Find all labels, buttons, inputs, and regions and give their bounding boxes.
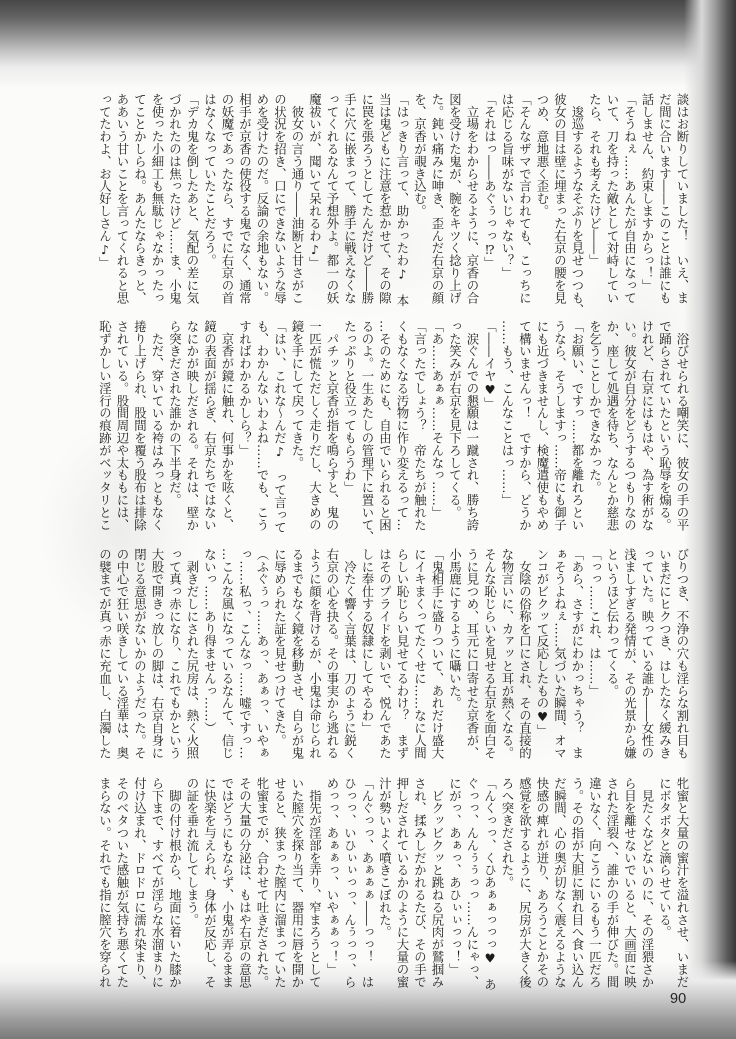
text-column: ら突きだされた誰かの下半身だ。 [166,320,184,532]
text-tier-2: 浴びせられる嘲笑に、彼女の手の平 で踊らされていたという恥辱を煽る。 けれど、右… [96,320,691,532]
text-column: せると、狭まった膣内に溜まっていた [271,777,289,989]
text-column: 立場をわからせるように、京香の合 [464,93,482,305]
text-column: その大量の分泌は、もはや右京の意思 [236,777,254,989]
text-column: いた膣穴を探り当て、器用に唇を開か [289,777,307,989]
text-column: 剥きだしにされた尻房は、熱く火照 [184,548,202,760]
scan-shadow-right [684,0,736,1039]
text-column: らしい恥じらい見せてるわけ？ まず [394,548,412,760]
text-column: 魔祓いが、聞いて呆れるわ♪」 [306,93,324,305]
text-column: まらない。それでも指に膣穴を穿られ [96,777,114,989]
text-column: ……もう、こんなことはっ……」 [499,320,517,532]
text-column: に辱められた証を見せつけてきた。 [271,548,289,760]
text-column: だ瞬間、心の奥が切なく震えるような [551,777,569,989]
text-column: 彼女の目は壁に埋まった右京の腰を見 [551,93,569,305]
text-column: うなら、そうしますっ……帝にも御子 [551,320,569,532]
text-column: たっぷりと役立ってもらうわ」 [341,320,359,532]
text-column: にボタボタと滴らせている。 [656,777,674,989]
text-column: う。その指が大胆に割れ目へ食い込ん [569,777,587,989]
text-column: を使った小細工も無駄じゃなかったっ [149,93,167,305]
text-column: は応じる旨味がないじゃない？」 [499,93,517,305]
text-column: 「デカ鬼を倒したあと、気配の差に気 [184,93,202,305]
text-column: 「はっきり言って、助かったわ♪ 本 [394,93,412,305]
text-tier-1: 談はお断りしていました！ いえ、ま だ間に合います――このことは誰にも 話しませ… [96,93,691,305]
text-column: くもなくなる汚物に作り変えるって… [394,320,412,532]
text-column: 冷たく響く言葉は、刀のように鋭く [341,548,359,760]
text-column: すればわかるかしら？」 [236,320,254,532]
text-column: 浴びせられる嘲笑に、彼女の手の平 [674,320,692,532]
text-column: 相手が京香の使役する鬼でなく、通常 [236,93,254,305]
text-column: 当は鬼どもに注意を惹かせて、その隙 [376,93,394,305]
text-column: 脚の付け根から、地面に着いた膝か [166,777,184,989]
text-column: で踊らされていたという恥辱を煽る。 [656,320,674,532]
text-column: にも近づきませんし、検魔遣使もやめ [534,320,552,532]
text-column: って真っ赤になり、これでもかという [166,548,184,760]
text-column: 「んぐっっ、あぁぁぁ――っっ！ は [359,777,377,989]
text-column: に快楽を与えられ、身体が反応し、そ [201,777,219,989]
text-column: るのよ。一生あたしの管理下に置いて、 [359,320,377,532]
text-column: 手に穴に嵌まって、勝手に戦えなくな [341,93,359,305]
text-column: 感覚を欲するように、尻房が大きく後 [516,777,534,989]
text-column: に罠を張ろうとしてたんだけど――勝 [359,93,377,305]
text-column: ら下まで、すべてが淫らな水溜まりに [149,777,167,989]
text-column: づかれたのは焦ったけど……ま、小鬼 [166,93,184,305]
text-column: っていた。映っている誰か――女性の [639,548,657,760]
text-column: ように顔を背けるが、小鬼は命じられ [306,548,324,760]
text-column: めを受けたのだ。反論の余地もない。 [254,93,272,305]
text-column: された淫裂へ、誰かの手が伸びた。間 [604,777,622,989]
text-column: 牝蜜までが、合わせて吐きだされた。 [254,777,272,989]
text-column: っ……私っ、こんなっ……嘘ですっ… [236,548,254,760]
text-column: 逡巡するようなそぶりを見せつつも、 [569,93,587,305]
text-column: 右京の心を抉る。その事実から逃れる [324,548,342,760]
text-column: 「っっ……これ、は……」 [586,548,604,760]
text-column: 一匹が慌ただしく走りだし、大きめの [306,320,324,532]
text-column: そのベタついた感触が気持ち悪くてた [114,777,132,989]
text-column: を、京香が覗き込む。 [411,93,429,305]
text-column: ひっっ、いひぃぃっっ、んぅっっ、ら [341,777,359,989]
text-column: 浅ましすぎる発情が、その光景から嫌 [621,548,639,760]
text-column: 閉じる意思がないかのようだった。そ [131,548,149,760]
text-column: 「はい、これな～んだ♪ って言って [271,320,289,532]
text-column: か、座して処遇を待ち、なんとか慈悲 [604,320,622,532]
text-column: 押しだされているかのように大量の蜜 [394,777,412,989]
text-column: ンコがビクッて反応したもの♥」 [534,548,552,760]
text-column: の妖魔であったなら、すでに右京の首 [219,93,237,305]
text-column: 「あ……あぁぁ……そんなっ……」 [429,320,447,532]
text-column: 話しません、約束しますからっ！」 [639,93,657,305]
text-column: 「鬼相手に盛りついて、あれだけ盛大 [429,548,447,760]
text-column: ら目を離せないでいると、大画面に映 [621,777,639,989]
text-column: しに奉仕する奴隷にしてやるわ」 [359,548,377,760]
text-column: され、揉みしだかれるたび、その手で [411,777,429,989]
text-column: 付け込まれ、ドロドロに濡れ染まり、 [131,777,149,989]
text-column: ってくれるなんて予想外よ。都一の妖 [324,93,342,305]
text-column: 恥ずかしい淫行の痕跡がベッタリとこ [96,320,114,532]
text-column: 大股で開きっ放しの脚は、右京自身に [149,548,167,760]
text-column: にがっ、あぁっ、あひぃぃっっ！」 [446,777,464,989]
scan-shadow-top [0,0,736,88]
text-column: 違いなく、向こうにいるもう一匹だろ [586,777,604,989]
text-tier-4: 牝蜜と大量の蜜汁を溢れさせ、いまだ にボタボタと滴らせている。 見たくなどないの… [96,777,691,989]
text-column: 「そんなザマで言われても、こっちに [516,93,534,305]
text-column: 鏡の表面が揺らぎ、右京たちではない [201,320,219,532]
text-column: ぁそうよねぇ……気づいた瞬間、オマ [551,548,569,760]
text-column: 談はお断りしていました！ いえ、ま [674,93,692,305]
text-column: 女陰の俗称を口にされ、その直接的 [516,548,534,760]
text-column: 「あら、さすがにわかっちゃう？ ま [569,548,587,760]
text-column: うに見つめ、耳元に口寄せた京香が、 [464,548,482,760]
text-column: も、わかんないわよね……でも、こう [254,320,272,532]
text-column: されている。股間周辺や太ももには、 [114,320,132,532]
text-column: い。彼女が自分をどうするつもりなの [621,320,639,532]
text-column: 京香が鏡に触れ、何事かを呟くと、 [219,320,237,532]
page-number: 90 [670,991,686,1007]
text-column: はそのプライドを剥いで、悦んであた [376,548,394,760]
text-tier-3: びりつき、不浄の穴も淫らな割れ目も いまだにヒクつき、はしたなく緩みき っていた… [96,548,691,760]
text-column: ただ、穿いている袴はみっともなく [149,320,167,532]
text-column: 快感の痺れが迸り、あろうことかその [534,777,552,989]
text-column: 「――イヤ♥」 [481,320,499,532]
text-column: たら、それも考えたけど――」 [586,93,604,305]
text-column: 見たくなどないのに、その淫猥さか [639,777,657,989]
text-column: ないっ……あり得ませんっ……） [201,548,219,760]
text-column: 指先が淫部を弄り、窄まろうとして [306,777,324,989]
text-column: 「んくっっ、くひあぁぁっっっ♥ あ [481,777,499,989]
text-column: なにかが映しだされる。それは、壁か [184,320,202,532]
text-column: の中心で狂い咲きしている淫華は、奥 [114,548,132,760]
text-column: 彼女の言う通り――油断と甘さがこ [289,93,307,305]
text-column: の襞までが真っ赤に充血し、白濁した [96,548,114,760]
text-column: けれど、右京にはもはや、為す術がな [639,320,657,532]
text-column: るまでもなく鏡を移動させ、自らが鬼 [289,548,307,760]
text-column: ああいう甘いことを言ってくれると思 [114,93,132,305]
text-column: 「お願い、ですっ……都を離れろとい [569,320,587,532]
text-column: の証を垂れ流してしまう。 [184,777,202,989]
text-column: にイキまくってたくせに……なに人間 [411,548,429,760]
text-column: いまだにヒクつき、はしたなく緩みき [656,548,674,760]
text-column: った笑みが右京を見下ろしてくる。 [446,320,464,532]
text-column: 「そうねぇ……あんたが自由になって [621,93,639,305]
text-column: はなくなっていたことだろう。 [201,93,219,305]
text-column: ビクッビクッと跳ねる尻肉が鷲掴み [429,777,447,989]
text-column: の状況を招き、口にできないような辱 [271,93,289,305]
text-column: を乞うことしかできなかった。 [586,320,604,532]
text-column: ではどうにもならず、小鬼が弄るまま [219,777,237,989]
text-column: というほど伝わってくる。 [604,548,622,760]
text-column: つめ、意地悪く歪む。 [534,93,552,305]
text-column: 鏡を手にして戻ってきた。 [289,320,307,532]
text-column: 捲り上げられ、股間を覆う股布は排除 [131,320,149,532]
text-column: （ふぐぅっ……あっ、あぁっ、いやぁ [254,548,272,760]
text-column: 「言ったでしょう？ 帝たちが触れた [411,320,429,532]
text-column: …こんな風になっているなんて、信じ [219,548,237,760]
text-column: …そのためにも、自由でいられると困 [376,320,394,532]
text-column: 汁が勢いよく噴きこぼれた。 [376,777,394,989]
text-column: めっっ、あぁぁっ、いやぁぁっ！」 [324,777,342,989]
text-column: 「それはっ――あぐぅっっ⁉」 [481,93,499,305]
text-column: 図を受けた鬼が、腕をキツく捻り上げ [446,93,464,305]
text-column: いて、刀を持った敵として対峙してい [604,93,622,305]
text-column: パチッと京香が指を鳴らすと、鬼の [324,320,342,532]
text-column: 牝蜜と大量の蜜汁を溢れさせ、いまだ [674,777,692,989]
text-column: びりつき、不浄の穴も淫らな割れ目も [674,548,692,760]
text-column: ってたわよ、お人好しさん♪」 [96,93,114,305]
text-column: 小馬鹿にするように囁いた。 [446,548,464,760]
text-column: た。鈍い痛みに呻き、歪んだ右京の顔 [429,93,447,305]
text-column: ぐっっ、んんぅぅっっ……んにゃっ、 [464,777,482,989]
text-column: そんな恥じらいを見せる右京を面白そ [481,548,499,760]
text-column: 涙ぐんでの懇願は一蹴され、勝ち誇 [464,320,482,532]
text-column: ろへ突きだされた。 [499,777,517,989]
text-column: だ間に合います――このことは誰にも [656,93,674,305]
text-column: な物言いに、カァッと耳が熱くなる。 [499,548,517,760]
text-column: てことかしらね。あんたならきっと、 [131,93,149,305]
text-column: て構いませんっ！ ですから、どうか [516,320,534,532]
